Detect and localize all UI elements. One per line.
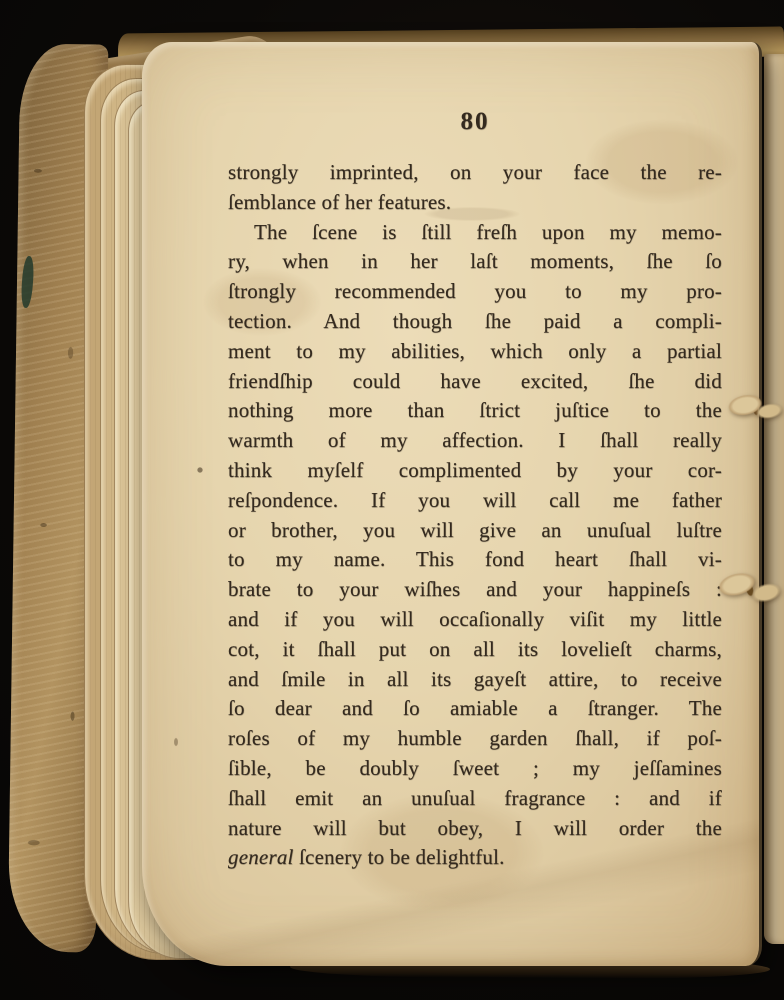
text-line: ſhall emit an unuſual fragrance : and if [228,784,722,814]
text-line: ſo dear and ſo amiable a ſtranger. The [228,694,722,724]
italic-word: general [228,845,294,869]
text-line: ſemblance of her features. [228,188,722,218]
adjacent-page-sliver [764,54,784,944]
book-photograph: 80 strongly imprinted, on your face the … [0,0,784,1000]
text-line: and if you will occaſionally viſit my li… [228,605,722,635]
text-line: brate to your wiſhes and your happineſs … [228,575,722,605]
text-line: nothing more than ſtrict juſtice to the [228,396,722,426]
text-line: reſpondence. If you will call me father [228,486,722,516]
text-line: or brother, you will give an unuſual luſ… [228,516,722,546]
page-number: 80 [228,108,722,136]
text-line: ſtrongly recommended you to my pro- [228,277,722,307]
text-line: tection. And though ſhe paid a compli- [228,307,722,337]
text-line: think myſelf complimented by your cor- [228,456,722,486]
text-line: ry, when in her laſt moments, ſhe ſo [228,247,722,277]
text-line: and ſmile in all its gayeſt attire, to r… [228,665,722,695]
text-line: roſes of my humble garden ſhall, if poſ- [228,724,722,754]
text-line: strongly imprinted, on your face the re- [228,158,722,188]
text-block: strongly imprinted, on your face the re-… [228,158,722,873]
text-line: ment to my abilities, which only a parti… [228,337,722,367]
text-line: warmth of my affection. I ſhall really [228,426,722,456]
text-line: nature will but obey, I will order the [228,814,722,844]
text-line: general ſcenery to be delightful. [228,843,722,873]
text-line: friendſhip could have excited, ſhe did [228,367,722,397]
book-page: 80 strongly imprinted, on your face the … [142,42,762,966]
text-line: to my name. This fond heart ſhall vi- [228,545,722,575]
text-line: ſible, be doubly ſweet ; my jeſſamines [228,754,722,784]
text-line: cot, it ſhall put on all its lovelieſt c… [228,635,722,665]
text-span: ſcenery to be delightful. [294,845,505,869]
text-line: The ſcene is ſtill freſh upon my memo- [228,218,722,248]
